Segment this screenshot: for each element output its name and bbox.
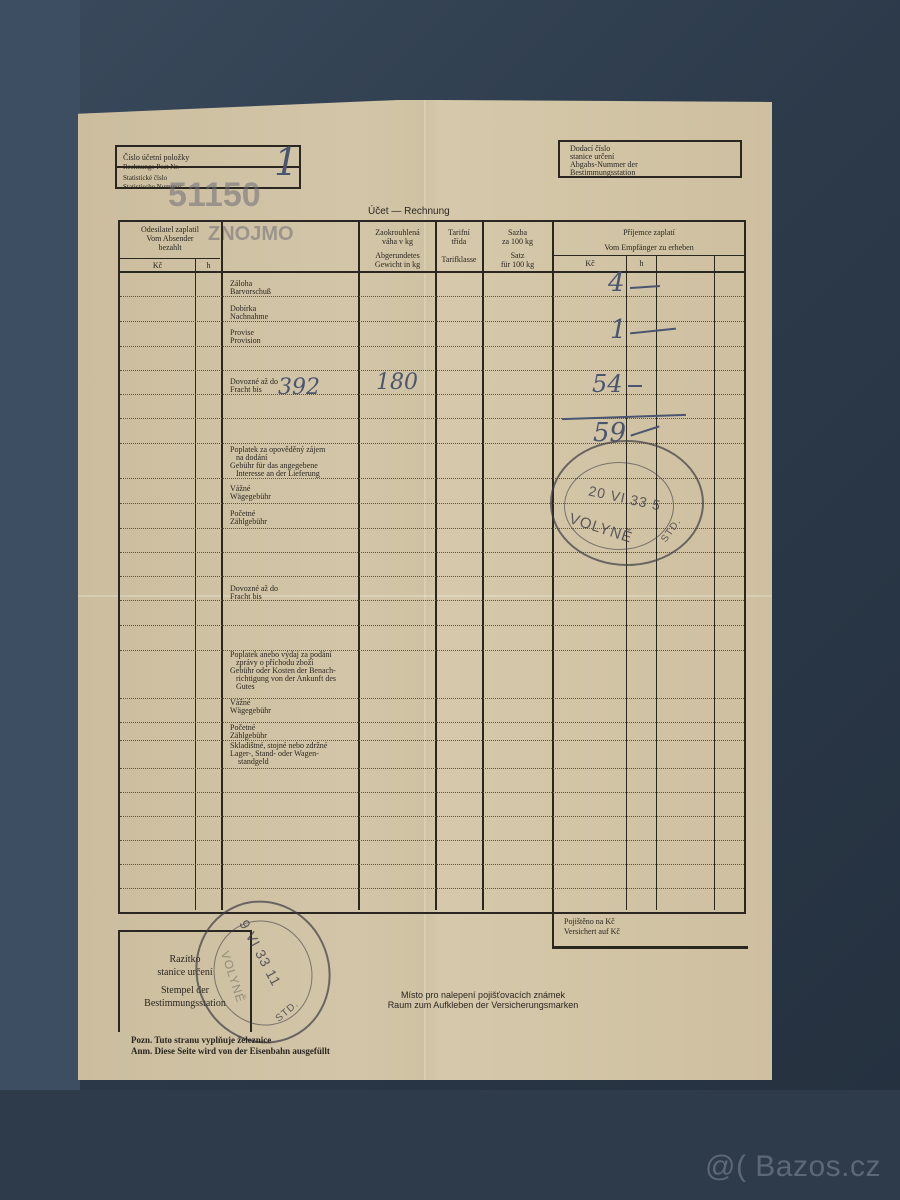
invoice-table [118, 220, 746, 914]
insurance-marks-de: Raum zum Aufkleben der Versicherungsmark… [368, 1000, 598, 1010]
label: Bestimmungsstation [570, 168, 635, 178]
header-recipient: Příjemce zaplatí [554, 228, 744, 238]
row-label-de: Gutes [236, 682, 255, 692]
background-left [0, 0, 80, 1200]
label: Versichert auf Kč [564, 927, 620, 937]
header-tariff-de: Tarifklasse [436, 255, 482, 265]
row-label-de: Fracht bis [230, 592, 262, 602]
header-tariff: třída [436, 237, 482, 247]
header-weight: váha v kg [360, 237, 435, 247]
header-sender-de2: bezahlt [120, 243, 220, 253]
header-rate-de: für 100 kg [483, 260, 552, 270]
row-label-de: Wägegebühr [230, 492, 271, 502]
delivery-number-box: Dodací číslo stanice určení Abgabs-Numme… [558, 140, 742, 178]
row-label-de: Zählgebühr [230, 731, 267, 741]
row-label-de: Barvorschuß [230, 287, 271, 297]
row-label-de: Fracht bis [230, 385, 262, 395]
label: Rechnungs-Post Nr. [123, 162, 179, 172]
header-kc: Kč [120, 261, 195, 271]
handwritten-mark: 1 [274, 140, 298, 184]
row-label-de: Wägegebühr [230, 706, 271, 716]
header-weight-de: Gewicht in kg [360, 260, 435, 270]
header-h: h [627, 259, 656, 269]
row-label-de: Provision [230, 336, 261, 346]
handwritten-dobirka: 1 [610, 315, 627, 345]
row-label-de: Zählgebühr [230, 517, 267, 527]
row-label-de: standgeld [238, 757, 269, 767]
insurance-marks-cz: Místo pro nalepení pojišťovacích známek [368, 990, 598, 1000]
handwritten-frakt-destination: 392 [278, 375, 320, 400]
insurance-box: Pojištěno na Kč Versichert auf Kč [552, 910, 748, 949]
header-recipient-de: Vom Empfänger zu erheben [554, 243, 744, 253]
document-title: Účet — Rechnung [368, 207, 450, 217]
row-label-de: Nachnahme [230, 312, 268, 322]
note-de: Anm. Diese Seite wird von der Eisenbahn … [131, 1046, 330, 1057]
handwritten-frakt-kc: 54 [592, 370, 623, 398]
stamped-number: 51150 [168, 176, 261, 215]
document-sheet: Číslo účetní položky Rechnungs-Post Nr. … [78, 100, 772, 1080]
label: Pojištěno na Kč [564, 917, 615, 927]
row-label-de: Interesse an der Lieferung [236, 469, 320, 479]
watermark: @( Bazos.cz [705, 1150, 881, 1184]
handwritten-weight: 180 [376, 370, 418, 395]
header-rate: za 100 kg [483, 237, 552, 247]
header-h: h [196, 261, 221, 271]
note-cz: Pozn. Tuto stranu vyplňuje železnice [131, 1035, 271, 1046]
handwritten-zaloha: 4 [608, 268, 625, 298]
